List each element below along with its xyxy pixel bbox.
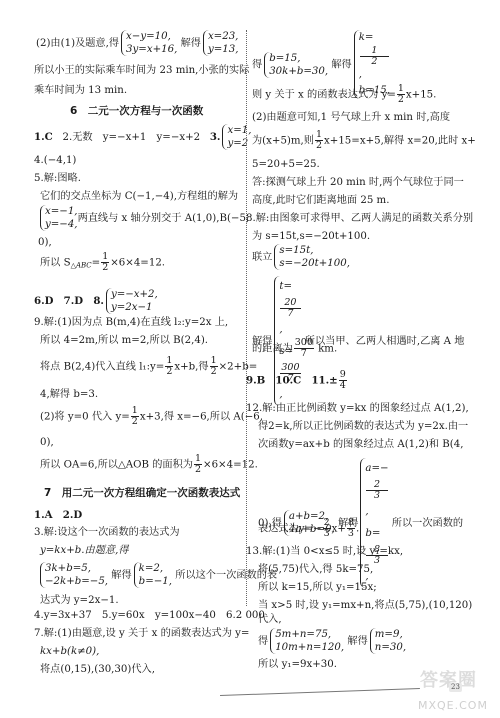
text-line: 将点 B(2,4)代入直线 l₁:y=12x+b,得12×2+b= <box>40 356 257 377</box>
text-line: (2)由题意可知,1 号气球上升 x min 时,高度 <box>252 113 450 123</box>
column-divider <box>246 30 247 606</box>
solution-system: k=2,b=−1, <box>134 562 172 588</box>
text-line: 所以 4=2m,所以 m=2,所以 B(2,4). <box>40 336 208 346</box>
answer-12-head: 12.解:由正比例函数 y=kx 的图象经过点 A(1,2), <box>246 404 469 414</box>
equation-system: x=1,y=2 <box>222 124 251 150</box>
text-line: 则 y 关于 x 的函数表达式为 y=12x+15. <box>252 84 436 105</box>
text-line: kx+b(k≠0), <box>40 647 99 657</box>
text-line: 所以 OA=6,所以△AOB 的面积为12×6×4=12. <box>40 454 258 475</box>
solution-system: x=23,y=13, <box>203 30 239 56</box>
answers-4-6: 4.y=3x+37 5.y=60x y=100x−40 6.2 000 <box>34 611 265 621</box>
solution-system: m=9,n=30, <box>370 628 406 654</box>
text-line: (2)将 y=0 代入 y=12x+3,得 x=−6,所以 A(−6, <box>40 406 263 427</box>
text-line: 所以 k=15,所以 y₁=15x; <box>258 583 377 593</box>
answer-13-head: 13.解:(1)当 0<x≤5 时,设 y₁=kx, <box>246 547 403 557</box>
text-line: 的距离为3007 km. <box>252 338 337 359</box>
answer-13-system: 得5m+n=75,10m+n=120, 解得m=9,n=30, <box>258 628 406 654</box>
text-line: 所以小王的实际乘车时间为 23 min,小张的实际 <box>34 66 249 76</box>
answer-8-head: 8.解:由图象可求得甲、乙两人满足的函数关系分别 <box>246 214 473 224</box>
prev-question-part2: (2)由(1)及题意,得x−y=10,3y=x+16, 解得x=23,y=13, <box>36 30 238 56</box>
answers-1-3: 1.C 2.无数 y=−x+1 y=−x+2 3.x=1,y=2 <box>34 124 252 150</box>
text-line: 达式为 y=2x−1. <box>40 596 119 606</box>
equation-system: s=15t,s=−20t+100, <box>274 244 350 270</box>
combine-system: 联立s=15t,s=−20t+100, <box>252 244 350 270</box>
equation-system: b=15,30k+b=30, <box>264 52 328 78</box>
answer-5-line2: x=−1,y=−4,两直线与 x 轴分别交于 A(1,0),B(−5, <box>38 205 249 231</box>
text-line: 将(5,75)代入,得 5k=75, <box>258 565 373 575</box>
text-line: 当 x>5 时,设 y₁=mx+n,将点(5,75),(10,120) <box>258 601 472 611</box>
answer-4: 4.(−4,1) <box>34 156 76 166</box>
text-line: 0), <box>38 238 52 248</box>
text: 解得 <box>181 38 201 49</box>
text-line: 将点(0,15),(30,30)代入, <box>40 665 155 675</box>
answer-7-head: 7.解:(1)由题意,设 y 关于 x 的函数表达式为 y= <box>34 629 249 639</box>
watermark: 答案圈 MXQE.COM <box>418 672 498 716</box>
equation-system: x=−1,y=−4, <box>40 205 78 231</box>
text-line: 它们的交点坐标为 C(−1,−4),方程组的解为 <box>40 192 238 202</box>
text-line: 0), <box>40 438 54 448</box>
answers-6-8: 6.D 7.D 8.y=−x+2,y=2x−1 <box>34 288 158 314</box>
text-line: y=kx+b.由题意,得 <box>40 546 129 556</box>
section-title-7: 7 用二元一次方程组确定一次函数表达式 <box>44 488 240 499</box>
answer-3-head: 3.解:设这个一次函数的表达式为 <box>34 528 180 538</box>
answers-9-11: 9.B 10.C 11.±94 <box>246 370 348 391</box>
text-line: 为 s=15t,s=−20t+100. <box>252 232 370 242</box>
answers-1-2: 1.A 2.D <box>34 510 82 520</box>
equation-system: 5m+n=75,10m+n=120, <box>270 628 344 654</box>
text-line: 乘车时间为 13 min. <box>34 86 127 96</box>
equation-system: y=−x+2,y=2x−1 <box>106 288 158 314</box>
text-line: 得2=k,所以正比例函数的表达式为 y=2x.由一 <box>258 422 468 432</box>
answer-3-system: 3k+b=5,−2k+b=−5, 解得k=2,b=−1, 所以这个一次函数的表 <box>38 562 277 588</box>
page-edge-line <box>220 688 420 696</box>
text-line: 所以 y₁=9x+30. <box>258 660 337 670</box>
text-line: 表达式为y=−23x+83. <box>258 518 359 539</box>
answer-9-head: 9.解:(1)因为点 B(m,4)在直线 l₂:y=2x 上, <box>34 318 228 328</box>
text-line: 为(x+5)m,则12x+15=x+5,解得 x=20,此时 x+ <box>252 130 476 151</box>
text-line: 答:探测气球上升 20 min 时,两个气球位于同一 <box>252 178 464 188</box>
text-line: 5=20+5=25. <box>252 160 320 170</box>
page-number: 23 <box>449 683 462 692</box>
watermark-url: MXQE.COM <box>418 700 488 711</box>
section-title-6: 6 二元一次方程与一次函数 <box>70 106 203 117</box>
equation-system: 3k+b=5,−2k+b=−5, <box>40 562 108 588</box>
text-line: 高度,此时它们距离地面 25 m. <box>252 196 389 206</box>
text: (2)由(1)及题意,得 <box>36 38 119 49</box>
text-line: 代入, <box>258 615 282 625</box>
area-formula: 所以 S△ABC=12×6×4=12. <box>40 252 165 273</box>
equation-system: x−y=10,3y=x+16, <box>121 30 177 56</box>
answer-5-head: 5.解:图略. <box>34 174 81 184</box>
text-line: 次函数y=ax+b 的图象经过点 A(1,2)和 B(4, <box>258 440 463 450</box>
text-line: 4,解得 b=3. <box>40 390 98 400</box>
